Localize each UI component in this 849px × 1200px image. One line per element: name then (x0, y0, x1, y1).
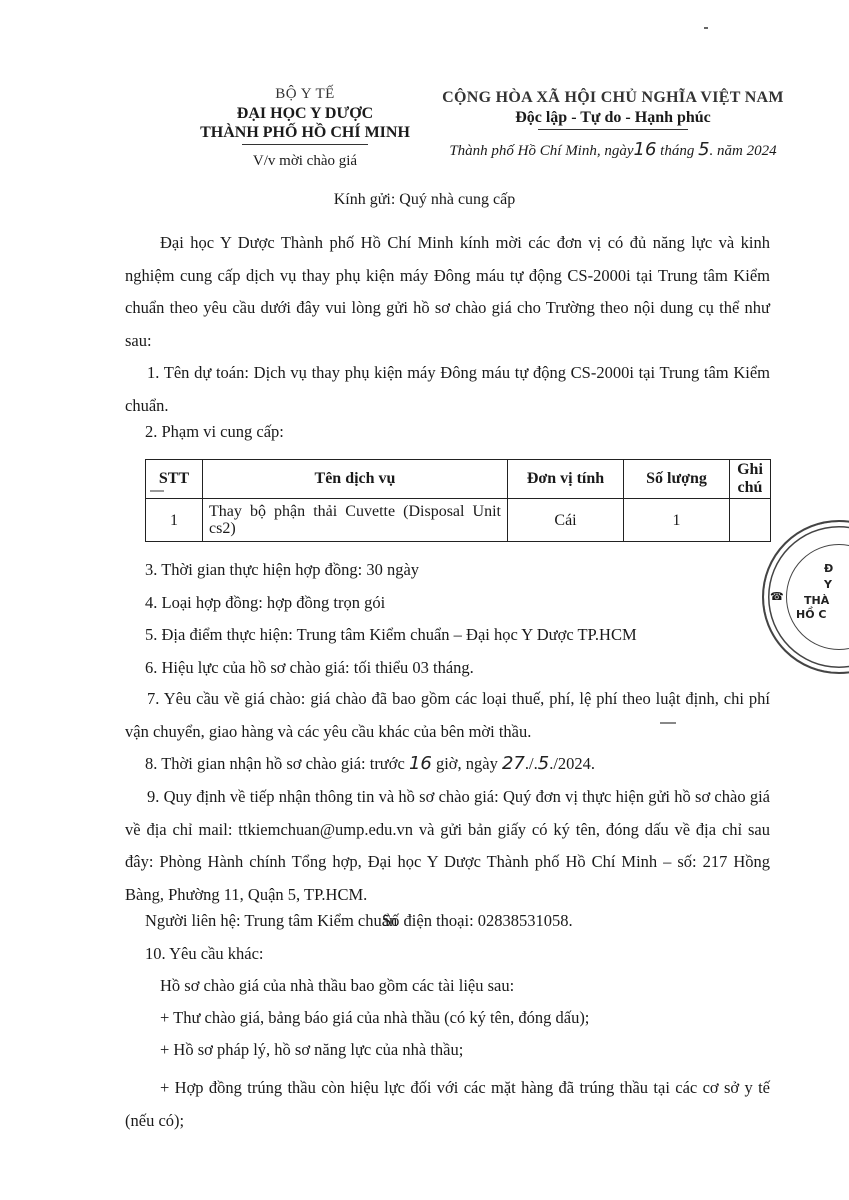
col-header-note: Ghi chú (730, 460, 771, 499)
date-separator: ./. (525, 754, 538, 773)
handwritten-day: 16 (634, 139, 657, 160)
handwritten-deadline-day: 27 (502, 753, 525, 774)
service-table: STT Tên dịch vụ Đơn vị tính Số lượng Ghi… (145, 459, 771, 542)
handwritten-hour: 16 (409, 753, 432, 774)
contact-phone: Số điện thoại: 02838531058. (382, 911, 573, 931)
scan-speck (150, 490, 164, 492)
cell-note (730, 499, 771, 542)
subject-line: V/v mời chào giá (150, 151, 460, 171)
document-winning-contracts: + Hợp đồng trúng thầu còn hiệu lực đối v… (125, 1072, 770, 1137)
issuer-block: BỘ Y TẾ ĐẠI HỌC Y DƯỢC THÀNH PHỐ HỒ CHÍ … (150, 85, 460, 171)
date-prefix: Thành phố Hồ Chí Minh, ngày (449, 143, 633, 159)
stamp-text-2: Y (824, 578, 832, 591)
col-header-unit: Đơn vị tính (508, 460, 624, 499)
stamp-text-3: THÀ (804, 594, 829, 607)
stamp-phone-icon: ☎ (770, 590, 784, 603)
national-motto: Độc lập - Tự do - Hạnh phúc (418, 108, 808, 128)
cell-unit: Cái (508, 499, 624, 542)
item-2-scope: 2. Phạm vi cung cấp: (145, 422, 284, 442)
items-3-to-6: 3. Thời gian thực hiện hợp đồng: 30 ngày… (145, 554, 771, 684)
nation-title: CỘNG HÒA XÃ HỘI CHỦ NGHĨA VIỆT NAM (418, 88, 808, 108)
handwritten-deadline-month: 5 (538, 753, 549, 774)
item-6-validity: 6. Hiệu lực của hồ sơ chào giá: tối thiể… (145, 652, 771, 685)
greeting: Kính gửi: Quý nhà cung cấp (0, 191, 849, 209)
deadline-mid: giờ, ngày (432, 754, 502, 773)
col-header-stt: STT (146, 460, 203, 499)
scan-speck (704, 27, 708, 29)
stamp-text-4: HỒ C (796, 608, 826, 621)
contact-line: Người liên hệ: Trung tâm Kiểm chuẩn Số đ… (145, 911, 745, 931)
ministry-name: BỘ Y TẾ (150, 85, 460, 104)
month-label: tháng (656, 143, 698, 159)
org-name-line2: THÀNH PHỐ HỒ CHÍ MINH (150, 123, 460, 142)
col-header-service: Tên dịch vụ (203, 460, 508, 499)
item-9-submission-rules: 9. Quy định về tiếp nhận thông tin và hồ… (125, 781, 770, 911)
org-name-line1: ĐẠI HỌC Y DƯỢC (150, 104, 460, 123)
table-header-row: STT Tên dịch vụ Đơn vị tính Số lượng Ghi… (146, 460, 771, 499)
handwritten-month: 5 (698, 139, 709, 160)
date-line: Thành phố Hồ Chí Minh, ngày16 tháng 5. n… (418, 140, 808, 161)
cell-stt: 1 (146, 499, 203, 542)
deadline-suffix: ./2024. (549, 754, 595, 773)
stamp-text-1: Đ (824, 562, 833, 575)
national-header: CỘNG HÒA XÃ HỘI CHỦ NGHĨA VIỆT NAM Độc l… (418, 88, 808, 161)
item-3-duration: 3. Thời gian thực hiện hợp đồng: 30 ngày (145, 554, 771, 587)
deadline-prefix: 8. Thời gian nhận hồ sơ chào giá: trước (145, 754, 409, 773)
item-7-price-requirements: 7. Yêu cầu về giá chào: giá chào đã bao … (125, 683, 770, 748)
intro-paragraph: Đại học Y Dược Thành phố Hồ Chí Minh kín… (125, 227, 770, 357)
issuer-underline (242, 144, 368, 145)
cell-service-name: Thay bộ phận thải Cuvette (Disposal Unit… (203, 499, 508, 542)
motto-underline (538, 129, 688, 130)
contact-person: Người liên hệ: Trung tâm Kiểm chuẩn (145, 911, 397, 930)
item-1-project-name: 1. Tên dự toán: Dịch vụ thay phụ kiện má… (125, 357, 770, 422)
item-4-contract-type: 4. Loại hợp đồng: hợp đồng trọn gói (145, 587, 771, 620)
document-legal-profile: + Hồ sơ pháp lý, hồ sơ năng lực của nhà … (160, 1040, 463, 1060)
item-5-location: 5. Địa điểm thực hiện: Trung tâm Kiểm ch… (145, 619, 771, 652)
official-stamp: Đ Y THÀ HỒ C ☎ (762, 520, 849, 674)
year-label: . năm 2024 (710, 143, 777, 159)
documents-intro: Hồ sơ chào giá của nhà thầu bao gồm các … (160, 976, 514, 996)
document-quote-letter: + Thư chào giá, bảng báo giá của nhà thầ… (160, 1008, 589, 1028)
col-header-quantity: Số lượng (624, 460, 730, 499)
item-10-other-requirements: 10. Yêu cầu khác: (145, 944, 264, 964)
table-row: 1 Thay bộ phận thải Cuvette (Disposal Un… (146, 499, 771, 542)
scan-speck (660, 722, 676, 724)
item-8-deadline: 8. Thời gian nhận hồ sơ chào giá: trước … (145, 748, 595, 781)
cell-quantity: 1 (624, 499, 730, 542)
